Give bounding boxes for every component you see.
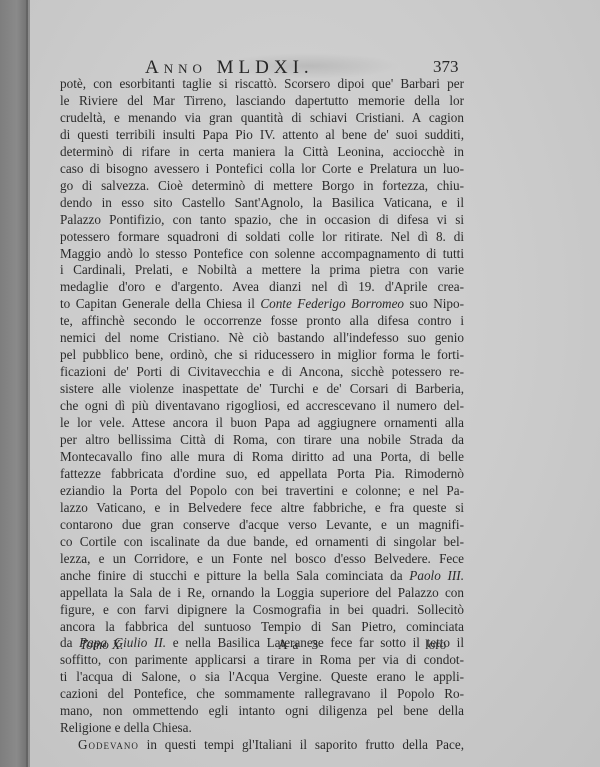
line-text: dendo in esso sito Castello Sant'Agnolo,… [60,195,464,210]
line-text: in questi tempi gl'Italiani il saporito … [139,737,464,752]
text-line: lezza, e un Corridore, e un Fonte nel bo… [60,551,464,568]
line-text: to Capitan Generale della Chiesa il [60,296,260,311]
text-line: lazzo Vaticano, e in Belvedere fece altr… [60,500,464,517]
line-text: co Cortile con iscalinate da due bande, … [60,534,464,549]
catchword: loro [425,637,446,653]
line-text: contarono due gran conserve d'acque vers… [60,517,464,532]
line-text: anche finire di stucchi e pitture la bel… [60,568,409,583]
line-text: fattezze fabbricata d'ordine suo, ed app… [60,466,464,481]
book-spine [0,0,28,767]
volume-label: Tomo X. [80,637,123,653]
text-line: i Cardinali, Prelati, e Nobiltà a metter… [60,262,464,279]
text-line: te, affinchè secondo le occorrenze fosse… [60,313,464,330]
text-line: dendo in esso sito Castello Sant'Agnolo,… [60,195,464,212]
paragraph-opening-word: Godevano [78,737,139,752]
text-line: mano, non ommettendo egli intanto ogni d… [60,703,464,720]
line-text: cazioni del Pontefice, che sommamente ra… [60,686,464,701]
line-text: potè, con esorbitanti taglie si riscattò… [60,76,464,91]
line-text: le Riviere del Mar Tirreno, lasciando da… [60,93,464,108]
text-line: pel pubblico bene, ordinò, che si riduce… [60,347,464,364]
text-line: appellata la Sala de i Re, ornando la Lo… [60,585,464,602]
line-text: figure, e con farvi dipignere la Cosmogr… [60,602,464,617]
line-text: i Cardinali, Prelati, e Nobiltà a metter… [60,262,464,277]
line-text: nemici del nome Cristiano. Nè ciò bastan… [60,330,464,345]
line-text: eziandio la Porta del Popolo con bei tra… [60,483,464,498]
line-text: che ogni dì più diventavano rigogliosi, … [60,398,464,413]
line-text: determinò di rifare in certa maniera la … [60,144,464,159]
line-text: sistere alle violenze inaspettate de' Tu… [60,381,464,396]
italic-name: Paolo III. [409,568,464,583]
text-line: Godevano in questi tempi gl'Italiani il … [60,737,464,754]
text-line: crudeltà, e menando via gran quantità di… [60,110,464,127]
text-line: sistere alle violenze inaspettate de' Tu… [60,381,464,398]
page-number: 373 [433,57,459,77]
text-line: Palazzo Pontifizio, con tanto spazio, ch… [60,212,464,229]
text-line: potessero formare squadroni di soldati c… [60,229,464,246]
line-text: Religione e della Chiesa. [60,720,192,735]
text-line: caso di bisogno avessero i Pontefici col… [60,161,464,178]
text-line: ancora la fabbrica del suntuoso Tempio d… [60,619,464,636]
text-line: di questi terribili insulti Papa Pio IV.… [60,127,464,144]
line-text: Maggio andò lo stesso Pontefice con sole… [60,246,464,261]
text-line: le lor vele. Attese ancora il buon Papa … [60,415,464,432]
line-text: suo Nipo- [404,296,464,311]
line-text: crudeltà, e menando via gran quantità di… [60,110,464,125]
line-text: medaglie d'oro e d'argento. Avea dianzi … [60,279,464,294]
text-line: le Riviere del Mar Tirreno, lasciando da… [60,93,464,110]
line-text: per altro bellissima Città di Roma, con … [60,432,464,447]
text-line: medaglie d'oro e d'argento. Avea dianzi … [60,279,464,296]
line-text: ficazioni de' Porti di Civitavecchia e d… [60,364,464,379]
text-line: eziandio la Porta del Popolo con bei tra… [60,483,464,500]
page-footer: Tomo X. Aa 3 loro [60,637,464,655]
line-text: Montecavallo fino alle mura di Roma diri… [60,449,464,464]
text-line: potè, con esorbitanti taglie si riscattò… [60,76,464,93]
text-line: to Capitan Generale della Chiesa il Cont… [60,296,464,313]
line-text: di questi terribili insulti Papa Pio IV.… [60,127,464,142]
text-line: anche finire di stucchi e pitture la bel… [60,568,464,585]
text-line: ti l'acqua di Salone, o sia l'Acqua Verg… [60,669,464,686]
text-line: determinò di rifare in certa maniera la … [60,144,464,161]
text-line: ficazioni de' Porti di Civitavecchia e d… [60,364,464,381]
text-line: per altro bellissima Città di Roma, con … [60,432,464,449]
line-text: potessero formare squadroni di soldati c… [60,229,464,244]
text-line: co Cortile con iscalinate da due bande, … [60,534,464,551]
line-text: mano, non ommettendo egli intanto ogni d… [60,703,464,718]
text-line: Montecavallo fino alle mura di Roma diri… [60,449,464,466]
line-text: le lor vele. Attese ancora il buon Papa … [60,415,464,430]
line-text: caso di bisogno avessero i Pontefici col… [60,161,464,176]
signature-mark: Aa 3 [278,637,323,653]
text-line: contarono due gran conserve d'acque vers… [60,517,464,534]
text-line: che ogni dì più diventavano rigogliosi, … [60,398,464,415]
line-text: lezza, e un Corridore, e un Fonte nel bo… [60,551,464,566]
line-text: appellata la Sala de i Re, ornando la Lo… [60,585,464,600]
line-text: te, affinchè secondo le occorrenze fosse… [60,313,464,328]
text-line: go di salvezza. Cioè determinò di metter… [60,178,464,195]
text-line: Religione e della Chiesa. [60,720,464,737]
line-text: pel pubblico bene, ordinò, che si riduce… [60,347,464,362]
line-text: Palazzo Pontifizio, con tanto spazio, ch… [60,212,464,227]
line-text: lazzo Vaticano, e in Belvedere fece altr… [60,500,464,515]
line-text: ancora la fabbrica del suntuoso Tempio d… [60,619,464,634]
text-line: Maggio andò lo stesso Pontefice con sole… [60,246,464,263]
text-line: cazioni del Pontefice, che sommamente ra… [60,686,464,703]
text-line: figure, e con farvi dipignere la Cosmogr… [60,602,464,619]
line-text: go di salvezza. Cioè determinò di metter… [60,178,464,193]
text-line: nemici del nome Cristiano. Nè ciò bastan… [60,330,464,347]
line-text: ti l'acqua di Salone, o sia l'Acqua Verg… [60,669,464,684]
page-header: Anno MLDXI. 373 [30,57,600,77]
text-line: fattezze fabbricata d'ordine suo, ed app… [60,466,464,483]
italic-name: Conte Federigo Borromeo [260,296,404,311]
